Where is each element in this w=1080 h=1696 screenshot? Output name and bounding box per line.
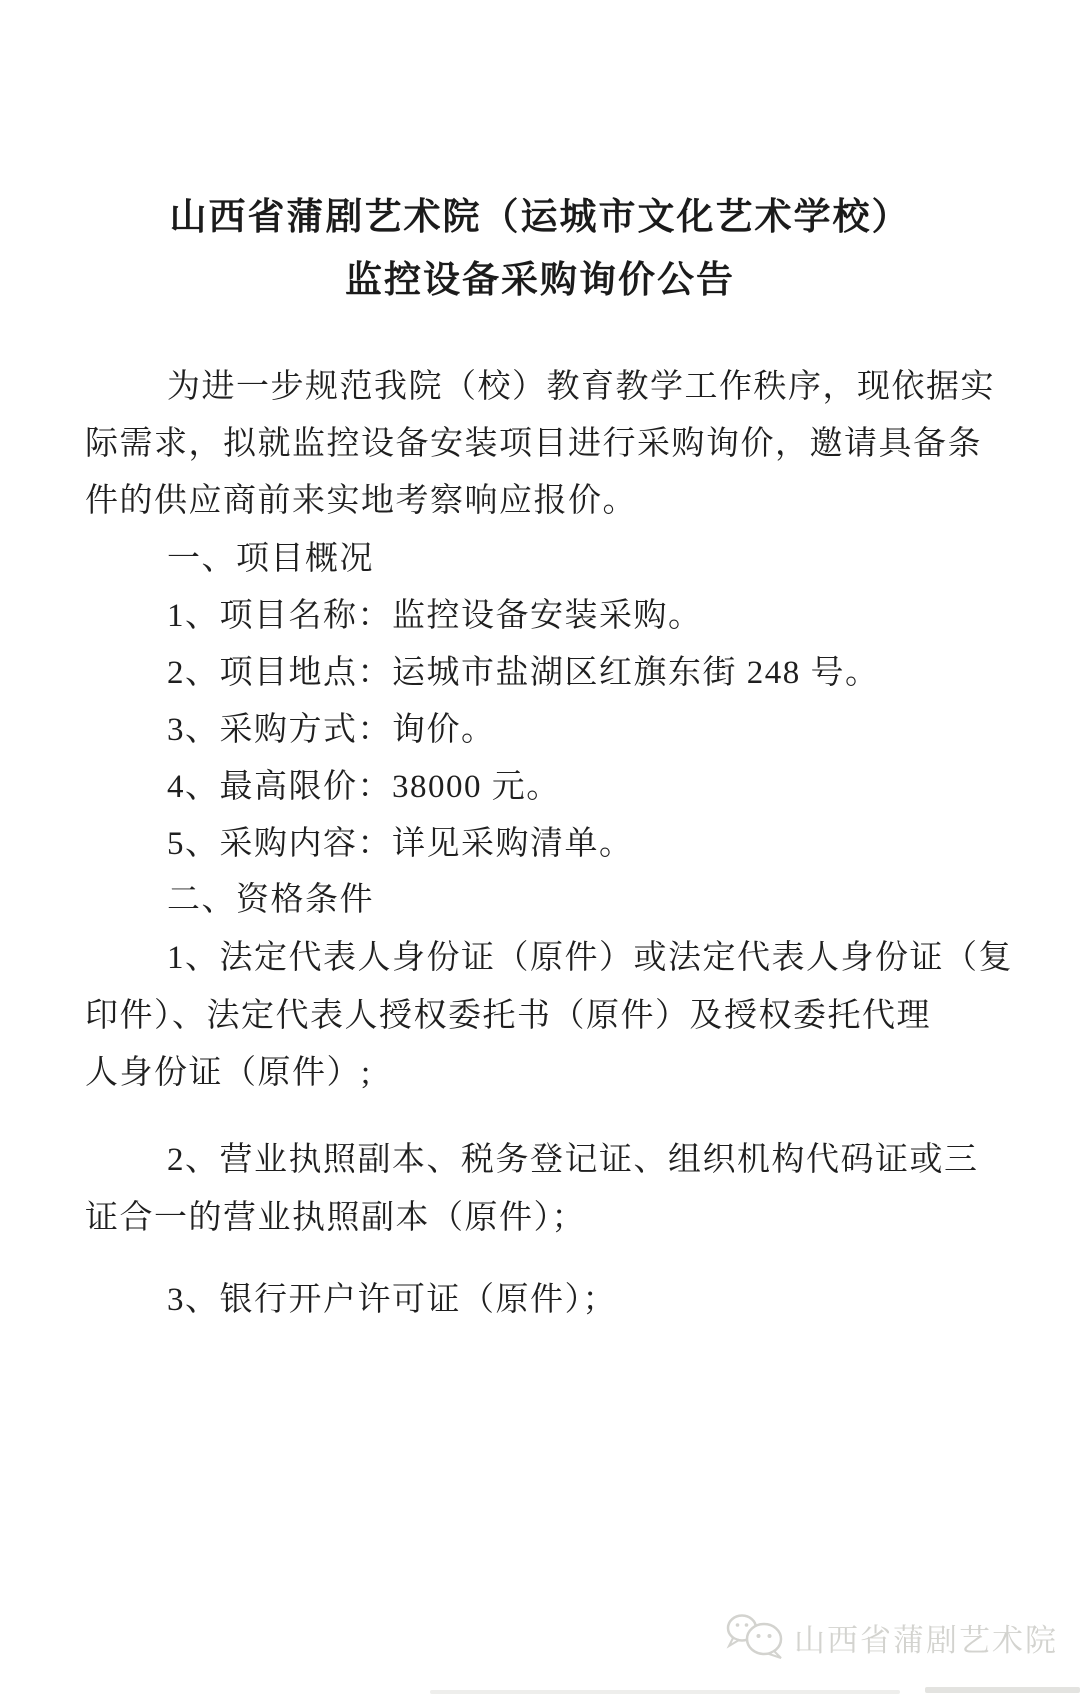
wechat-logo-icon bbox=[724, 1608, 786, 1666]
section1-item-5: 5、采购内容：详见采购清单。 bbox=[167, 821, 634, 867]
intro-paragraph-line: 际需求，拟就监控设备安装项目进行采购询价，邀请具备条 bbox=[85, 421, 982, 467]
scan-artifact bbox=[430, 1690, 900, 1694]
section2-item-1-line: 人身份证（原件）; bbox=[85, 1050, 372, 1096]
section1-item-1: 1、项目名称：监控设备安装采购。 bbox=[167, 593, 703, 639]
intro-paragraph-line: 为进一步规范我院（校）教育教学工作秩序，现依据实 bbox=[167, 364, 995, 410]
section2-item-1-line: 1、法定代表人身份证（原件）或法定代表人身份证（复 bbox=[167, 935, 1013, 981]
section1-item-2: 2、项目地点：运城市盐湖区红旗东街 248 号。 bbox=[167, 650, 880, 696]
section2-item-2-line: 证合一的营业执照副本（原件）； bbox=[85, 1195, 586, 1241]
intro-paragraph-line: 件的供应商前来实地考察响应报价。 bbox=[85, 478, 637, 524]
section1-item-4: 4、最高限价：38000 元。 bbox=[167, 764, 561, 810]
section2-item-2-line: 2、营业执照副本、税务登记证、组织机构代码证或三 bbox=[167, 1137, 979, 1183]
watermark-account-name: 山西省蒲剧艺术院 bbox=[794, 1615, 1058, 1660]
document-page: 山西省蒲剧艺术院（运城市文化艺术学校） 监控设备采购询价公告 为进一步规范我院（… bbox=[0, 0, 1080, 1696]
section1-item-3: 3、采购方式：询价。 bbox=[167, 707, 496, 753]
scan-artifact bbox=[925, 1687, 1080, 1693]
document-title-line2: 监控设备采购询价公告 bbox=[0, 249, 1080, 303]
account-watermark: 山西省蒲剧艺术院 bbox=[724, 1608, 1058, 1666]
section2-item-3: 3、银行开户许可证（原件）； bbox=[167, 1277, 617, 1323]
section1-heading: 一、项目概况 bbox=[167, 536, 374, 582]
section2-item-1-line: 印件）、法定代表人授权委托书（原件）及授权委托代理 bbox=[85, 993, 931, 1039]
section2-heading: 二、资格条件 bbox=[167, 877, 374, 923]
document-title-line1: 山西省蒲剧艺术院（运城市文化艺术学校） bbox=[0, 186, 1080, 240]
